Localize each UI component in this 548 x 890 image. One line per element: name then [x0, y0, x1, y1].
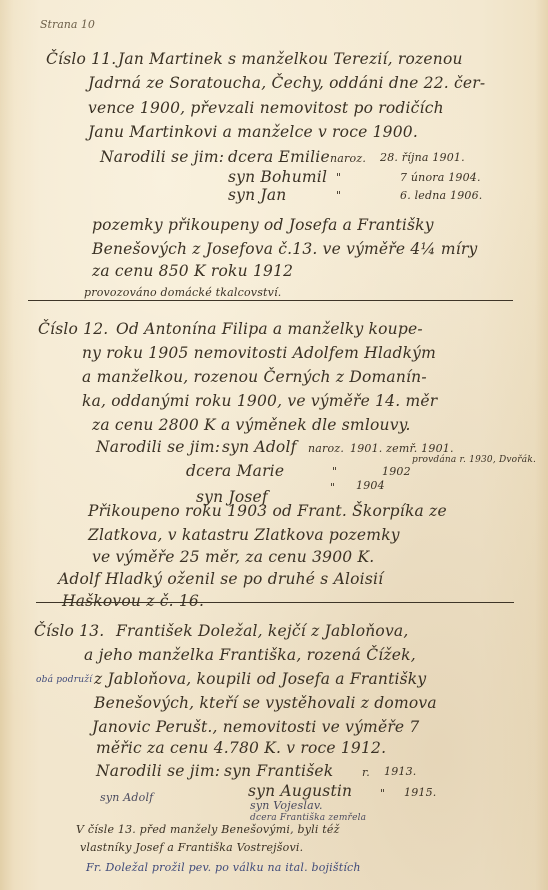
- entry-divider: [28, 300, 513, 301]
- entry-text-line: a manželkou, rozenou Černých z Domanín-: [82, 370, 427, 386]
- birth-note: provdána r. 1930, Dvořák.: [412, 456, 536, 465]
- page-header: Strana 10: [40, 18, 95, 31]
- entry-number: Číslo 11.: [46, 52, 116, 68]
- birth-date: 1915.: [404, 787, 437, 798]
- entry-text-line: Od Antonína Filipa a manželky koupe-: [116, 322, 423, 338]
- birth-ditto: r.: [362, 767, 370, 778]
- births-label: Narodili se jim:: [100, 150, 224, 166]
- entry-number: Číslo 12.: [38, 322, 108, 338]
- birth-date: 1902: [382, 466, 411, 477]
- birth-child: syn Adolf: [222, 440, 297, 456]
- entry-text-line: Benešových, kteří se vystěhovali z domov…: [94, 696, 437, 712]
- entry-text-line: Jadrná ze Soratoucha, Čechy, oddáni dne …: [88, 76, 485, 92]
- birth-child: dcera Marie: [186, 464, 284, 480]
- entry-text-line: V čísle 13. před manžely Benešovými, byl…: [76, 824, 340, 835]
- birth-date: 7 února 1904.: [400, 172, 481, 183]
- side-note: syn Adolf: [100, 792, 153, 803]
- entry-text-line: pozemky přikoupeny od Josefa a Františky: [92, 218, 434, 234]
- birth-ditto: naroz.: [330, 153, 366, 164]
- birth-ditto: ": [330, 482, 335, 493]
- birth-ditto: ": [380, 788, 385, 799]
- entry-text-line: František Doležal, kejčí z Jabloňova,: [116, 624, 408, 640]
- birth-ditto: ": [336, 190, 341, 201]
- birth-child: syn Augustin: [248, 784, 352, 800]
- entry-text-line: ny roku 1905 nemovitosti Adolfem Hladkým: [82, 346, 436, 362]
- birth-date: 1913.: [384, 766, 417, 777]
- entry-text-line: Zlatkova, v katastru Zlatkova pozemky: [88, 528, 400, 544]
- entry-text-line: z Jabloňova, koupili od Josefa a Františ…: [94, 672, 426, 688]
- entry-text-line: provozováno domácké tkalcovství.: [84, 287, 282, 298]
- birth-ditto: ": [332, 466, 337, 477]
- birth-child: dcera Emilie: [228, 150, 330, 166]
- document-page: Strana 10 Číslo 11. Jan Martinek s manže…: [0, 0, 548, 890]
- entry-text-line: a jeho manželka Františka, rozená Čížek,: [84, 648, 416, 664]
- entry-text-line: Fr. Doležal prožil pev. po válku na ital…: [86, 862, 361, 873]
- entry-text-line: měřic za cenu 4.780 K. v roce 1912.: [96, 741, 386, 757]
- entry-text-line: ve výměře 25 měr, za cenu 3900 K.: [92, 550, 374, 566]
- entry-divider: [36, 602, 514, 603]
- entry-text-line: Jan Martinek s manželkou Terezií, rozeno…: [118, 52, 463, 68]
- entry-text-line: Přikoupeno roku 1903 od Frant. Škorpíka …: [88, 504, 447, 520]
- entry-text-line: Adolf Hladký oženil se po druhé s Aloisi…: [58, 572, 383, 588]
- birth-child: dcera Františka zemřela: [250, 814, 366, 823]
- birth-date: 1901. zemř. 1901.: [350, 443, 454, 454]
- entry-text-line: vence 1900, převzali nemovitost po rodič…: [88, 101, 444, 117]
- birth-child: syn Jan: [228, 188, 286, 204]
- entry-text-line: Benešových z Josefova č.13. ve výměře 4¼…: [92, 242, 477, 258]
- entry-text-line: Janu Martinkovi a manželce v roce 1900.: [88, 125, 418, 141]
- birth-date: 6. ledna 1906.: [400, 190, 483, 201]
- margin-note: obá podruží: [36, 676, 92, 685]
- entry-number: Číslo 13.: [34, 624, 104, 640]
- births-label: Narodili se jim:: [96, 764, 220, 780]
- birth-child: syn Vojeslav.: [250, 800, 323, 811]
- birth-date: 28. října 1901.: [380, 152, 465, 163]
- entry-text-line: ka, oddanými roku 1900, ve výměře 14. mě…: [82, 394, 437, 410]
- birth-child: syn František: [224, 764, 333, 780]
- birth-ditto: naroz.: [308, 443, 344, 454]
- birth-date: 1904: [356, 480, 385, 491]
- entry-text-line: za cenu 850 K roku 1912: [92, 264, 293, 280]
- birth-child: syn Bohumil: [228, 170, 327, 186]
- entry-text-line: vlastníky Josef a Františka Vostrejšovi.: [80, 842, 303, 853]
- births-label: Narodili se jim:: [96, 440, 220, 456]
- birth-ditto: ": [336, 172, 341, 183]
- entry-text-line: za cenu 2800 K a výměnek dle smlouvy.: [92, 418, 411, 434]
- entry-text-line: Janovic Perušt., nemovitosti ve výměře 7: [92, 720, 420, 736]
